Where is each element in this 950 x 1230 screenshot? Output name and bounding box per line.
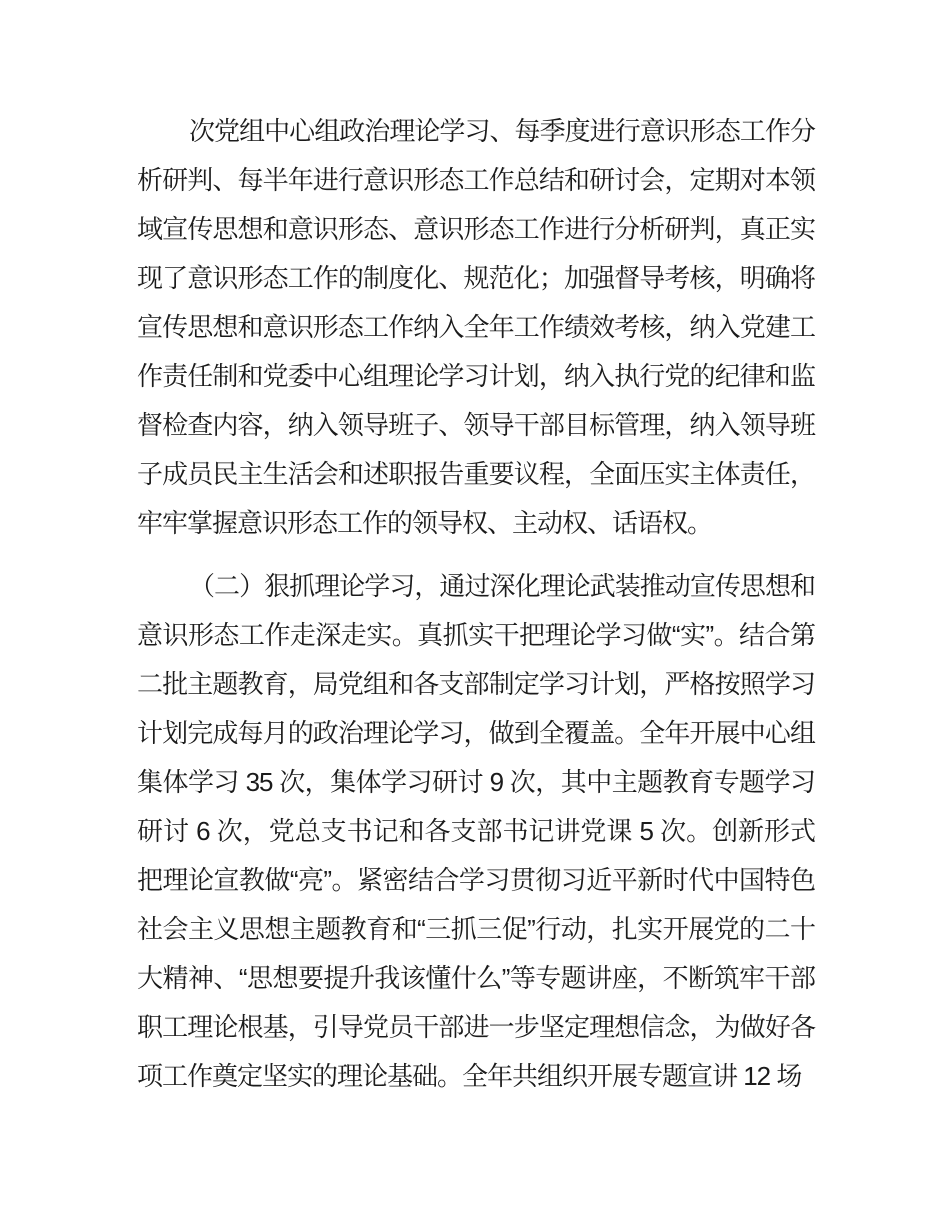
paragraph-1-line-5: 宣传思想和意识形态工作纳入全年工作绩效考核，纳入党建工 [137,303,815,352]
paragraph-1-line-7: 督检查内容，纳入领导班子、领导干部目标管理，纳入领导班 [137,401,815,450]
paragraph-1-line-9: 牢牢掌握意识形态工作的领导权、主动权、话语权。 [137,499,815,548]
paragraph-2: （二）狠抓理论学习，通过深化理论武装推动宣传思想和 意识形态工作走深走实。真抓实… [137,562,815,1101]
document-text-block: 次党组中心组政治理论学习、每季度进行意识形态工作分 析研判、每半年进行意识形态工… [137,107,815,1101]
paragraph-1: 次党组中心组政治理论学习、每季度进行意识形态工作分 析研判、每半年进行意识形态工… [137,107,815,548]
paragraph-1-line-3: 域宣传思想和意识形态、意识形态工作进行分析研判，真正实 [137,205,815,254]
paragraph-1-line-6: 作责任制和党委中心组理论学习计划，纳入执行党的纪律和监 [137,352,815,401]
paragraph-2-line-6: 研讨 6 次，党总支书记和各支部书记讲党课 5 次。创新形式 [137,807,815,856]
paragraph-2-line-9: 大精神、“思想要提升我该懂什么”等专题讲座，不断筑牢干部 [137,954,815,1003]
paragraph-2-line-1: （二）狠抓理论学习，通过深化理论武装推动宣传思想和 [137,562,815,611]
paragraph-2-line-10: 职工理论根基，引导党员干部进一步坚定理想信念，为做好各 [137,1003,815,1052]
paragraph-2-line-3: 二批主题教育，局党组和各支部制定学习计划，严格按照学习 [137,660,815,709]
paragraph-1-line-1: 次党组中心组政治理论学习、每季度进行意识形态工作分 [137,107,815,156]
document-page: 次党组中心组政治理论学习、每季度进行意识形态工作分 析研判、每半年进行意识形态工… [0,0,950,1230]
paragraph-2-line-11: 项工作奠定坚实的理论基础。全年共组织开展专题宣讲 12 场 [137,1052,815,1101]
paragraph-2-line-8: 社会主义思想主题教育和“三抓三促”行动，扎实开展党的二十 [137,905,815,954]
paragraph-2-line-2: 意识形态工作走深走实。真抓实干把理论学习做“实”。结合第 [137,611,815,660]
paragraph-2-line-5: 集体学习 35 次，集体学习研讨 9 次，其中主题教育专题学习 [137,758,815,807]
paragraph-1-line-8: 子成员民主生活会和述职报告重要议程，全面压实主体责任， [137,450,815,499]
paragraph-2-line-4: 计划完成每月的政治理论学习，做到全覆盖。全年开展中心组 [137,709,815,758]
paragraph-1-line-2: 析研判、每半年进行意识形态工作总结和研讨会，定期对本领 [137,156,815,205]
paragraph-2-line-7: 把理论宣教做“亮”。紧密结合学习贯彻习近平新时代中国特色 [137,856,815,905]
paragraph-1-line-4: 现了意识形态工作的制度化、规范化；加强督导考核，明确将 [137,254,815,303]
